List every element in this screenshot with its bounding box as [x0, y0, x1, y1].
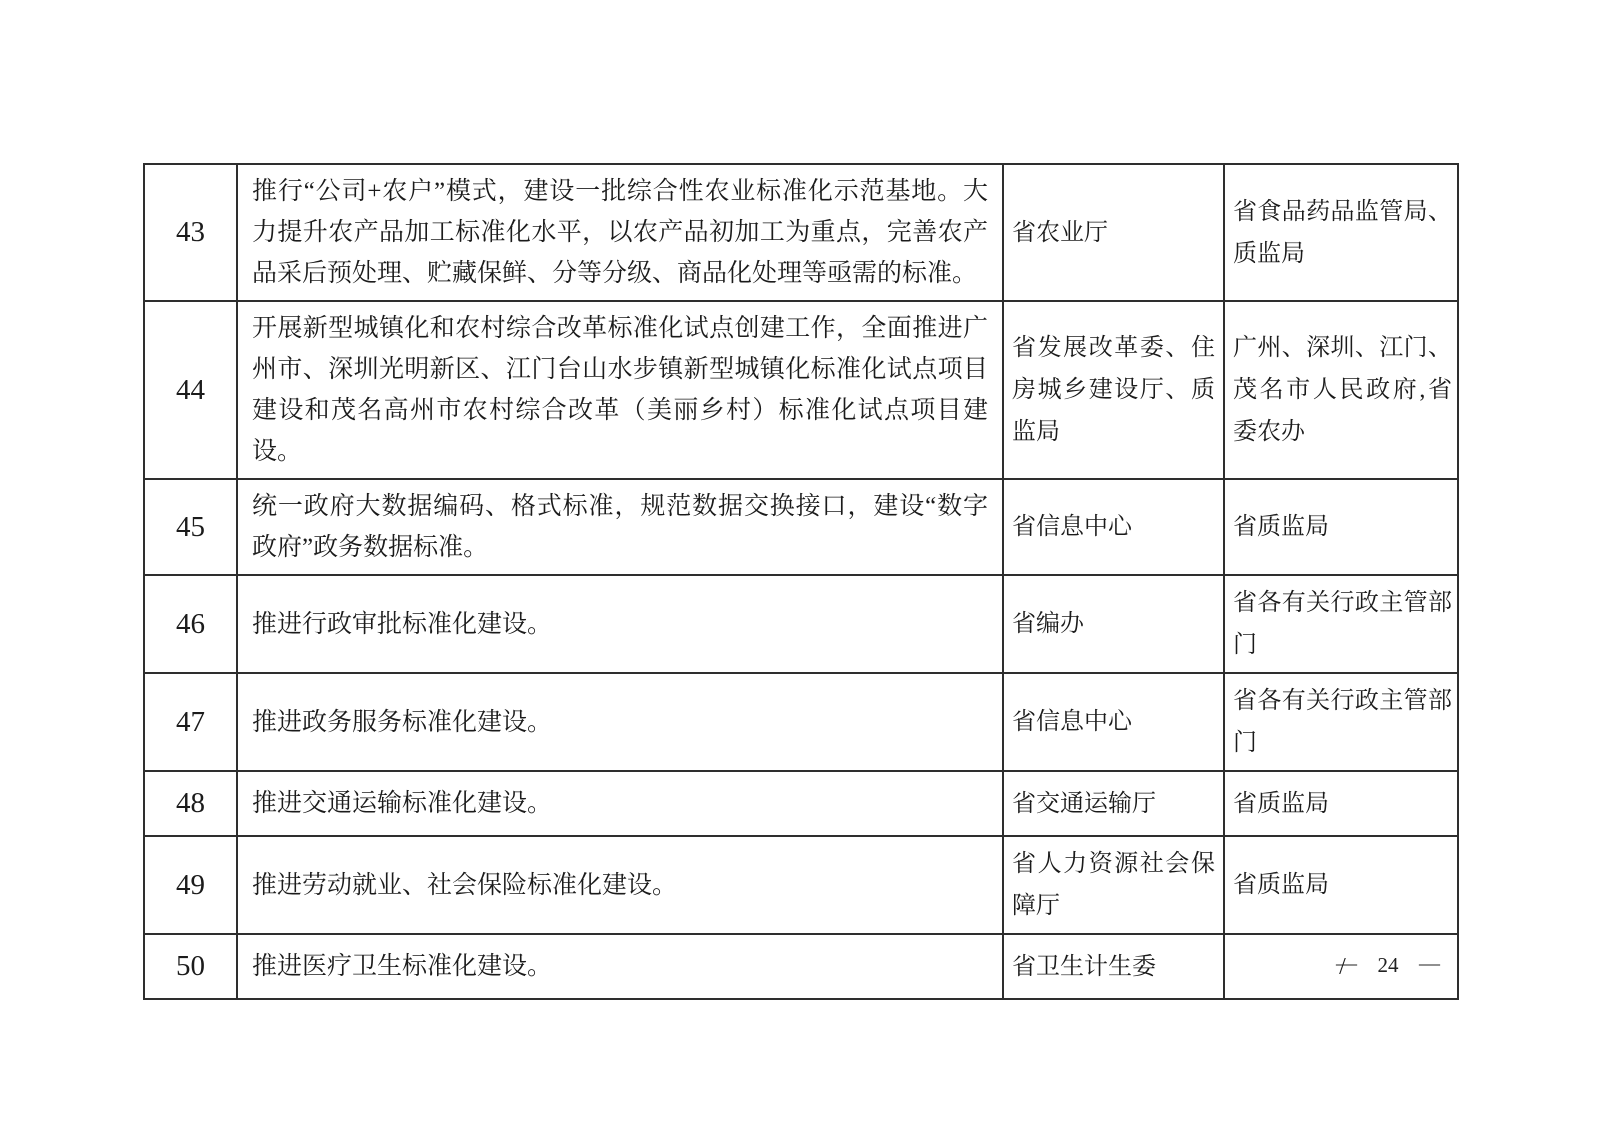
table-row: 49 推进劳动就业、社会保险标准化建设。 省人力资源社会保障厅 省质监局: [144, 836, 1458, 934]
lead-department-cell: 省信息中心: [1003, 673, 1224, 771]
task-cell: 推行“公司+农户”模式，建设一批综合性农业标准化示范基地。大力提升农产品加工标准…: [237, 164, 1003, 301]
tasks-table: 43 推行“公司+农户”模式，建设一批综合性农业标准化示范基地。大力提升农产品加…: [143, 163, 1459, 1000]
page-footer: — 24 —: [1336, 953, 1440, 978]
row-number-cell: 46: [144, 575, 237, 673]
table-row: 44 开展新型城镇化和农村综合改革标准化试点创建工作，全面推进广州市、深圳光明新…: [144, 301, 1458, 479]
table-row: 43 推行“公司+农户”模式，建设一批综合性农业标准化示范基地。大力提升农产品加…: [144, 164, 1458, 301]
task-cell: 推进医疗卫生标准化建设。: [237, 934, 1003, 999]
task-cell: 推进行政审批标准化建设。: [237, 575, 1003, 673]
row-number-cell: 49: [144, 836, 237, 934]
support-department-cell: 省质监局: [1224, 836, 1458, 934]
support-department-cell: 省各有关行政主管部门: [1224, 575, 1458, 673]
table-row: 46 推进行政审批标准化建设。 省编办 省各有关行政主管部门: [144, 575, 1458, 673]
task-cell: 推进交通运输标准化建设。: [237, 771, 1003, 836]
support-department-cell: 省质监局: [1224, 771, 1458, 836]
lead-department-cell: 省农业厅: [1003, 164, 1224, 301]
task-cell: 推进劳动就业、社会保险标准化建设。: [237, 836, 1003, 934]
table-row: 47 推进政务服务标准化建设。 省信息中心 省各有关行政主管部门: [144, 673, 1458, 771]
lead-department-cell: 省卫生计生委: [1003, 934, 1224, 999]
lead-department-cell: 省发展改革委、住房城乡建设厅、质监局: [1003, 301, 1224, 479]
lead-department-cell: 省编办: [1003, 575, 1224, 673]
support-department-cell: 广州、深圳、江门、茂名市人民政府,省委农办: [1224, 301, 1458, 479]
support-department-cell: 省质监局: [1224, 479, 1458, 575]
document-page: 43 推行“公司+农户”模式，建设一批综合性农业标准化示范基地。大力提升农产品加…: [0, 0, 1600, 1131]
lead-department-cell: 省信息中心: [1003, 479, 1224, 575]
support-department-cell: 省各有关行政主管部门: [1224, 673, 1458, 771]
row-number-cell: 45: [144, 479, 237, 575]
row-number-cell: 50: [144, 934, 237, 999]
row-number-cell: 43: [144, 164, 237, 301]
lead-department-cell: 省交通运输厅: [1003, 771, 1224, 836]
row-number-cell: 48: [144, 771, 237, 836]
table-row: 48 推进交通运输标准化建设。 省交通运输厅 省质监局: [144, 771, 1458, 836]
table-row: 45 统一政府大数据编码、格式标准，规范数据交换接口，建设“数字政府”政务数据标…: [144, 479, 1458, 575]
task-cell: 统一政府大数据编码、格式标准，规范数据交换接口，建设“数字政府”政务数据标准。: [237, 479, 1003, 575]
row-number-cell: 44: [144, 301, 237, 479]
support-department-cell: 省食品药品监管局、质监局: [1224, 164, 1458, 301]
task-cell: 开展新型城镇化和农村综合改革标准化试点创建工作，全面推进广州市、深圳光明新区、江…: [237, 301, 1003, 479]
row-number-cell: 47: [144, 673, 237, 771]
footer-dash-right: —: [1419, 951, 1440, 976]
page-number: 24: [1378, 953, 1399, 978]
footer-dash-left: —: [1336, 951, 1357, 976]
task-cell: 推进政务服务标准化建设。: [237, 673, 1003, 771]
table-row: 50 推进医疗卫生标准化建设。 省卫生计生委 /: [144, 934, 1458, 999]
lead-department-cell: 省人力资源社会保障厅: [1003, 836, 1224, 934]
